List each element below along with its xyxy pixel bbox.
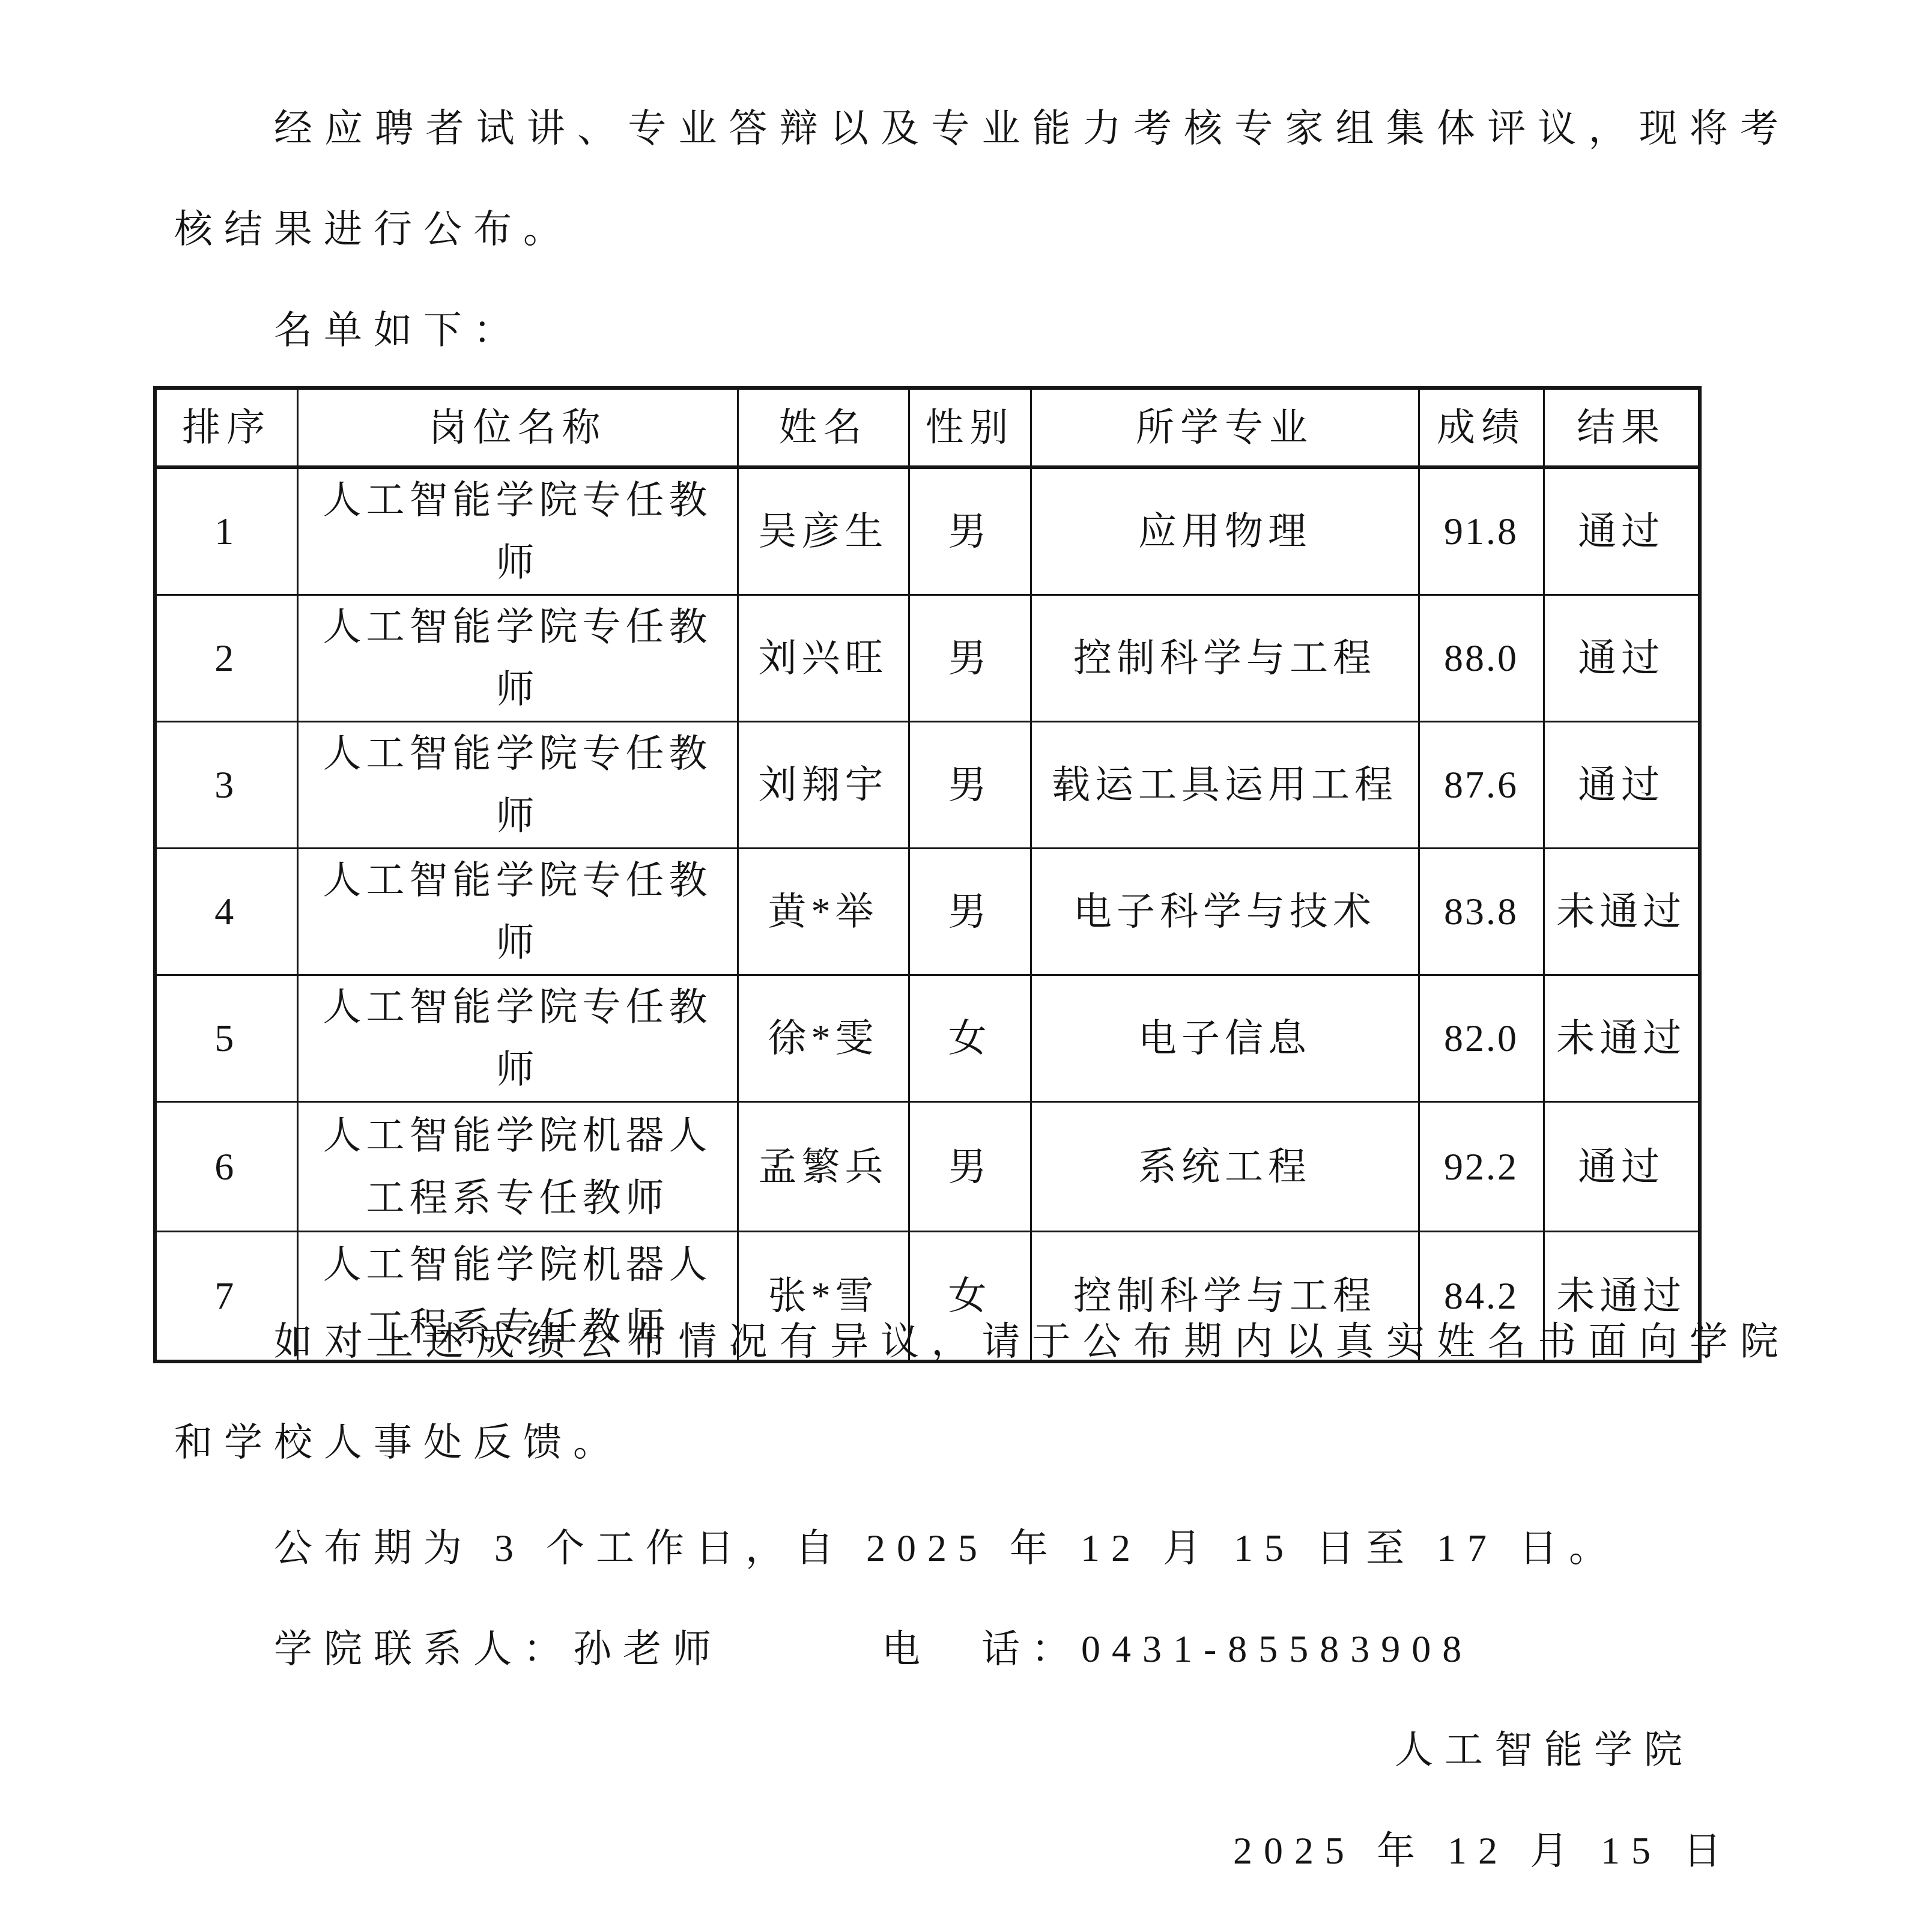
position-cell: 人工智能学院专任教师 xyxy=(297,595,738,722)
rank-cell: 3 xyxy=(155,722,297,849)
table-row: 6 人工智能学院机器人工程系专任教师 孟繁兵 男 系统工程 92.2 通过 xyxy=(155,1102,1700,1232)
name-cell: 刘翔宇 xyxy=(738,722,909,849)
contact-line: 学院联系人：孙老师电 话：0431-85583908 xyxy=(174,1599,1790,1700)
major-cell: 控制科学与工程 xyxy=(1031,595,1419,722)
name-cell: 刘兴旺 xyxy=(738,595,909,722)
name-cell: 徐*雯 xyxy=(738,975,909,1102)
column-header-rank: 排序 xyxy=(155,388,297,467)
major-cell: 电子信息 xyxy=(1031,975,1419,1102)
name-cell: 黄*举 xyxy=(738,849,909,975)
contact-phone: 电 话：0431-85583908 xyxy=(882,1628,1473,1670)
gender-cell: 女 xyxy=(909,975,1031,1102)
column-header-position: 岗位名称 xyxy=(297,388,738,467)
intro-paragraph: 经应聘者试讲、专业答辩以及专业能力考核专家组集体评议，现将考核结果进行公布。 xyxy=(174,78,1790,280)
gender-cell: 男 xyxy=(909,1102,1031,1232)
table-header-row: 排序 岗位名称 姓名 性别 所学专业 成绩 结果 xyxy=(155,388,1700,467)
result-cell: 通过 xyxy=(1544,722,1700,849)
position-cell: 人工智能学院专任教师 xyxy=(297,849,738,975)
rank-cell: 1 xyxy=(155,467,297,595)
gender-cell: 男 xyxy=(909,595,1031,722)
period-paragraph: 公布期为 3 个工作日，自 2025 年 12 月 15 日至 17 日。 xyxy=(174,1498,1790,1599)
list-intro: 名单如下： xyxy=(174,280,1790,381)
objection-paragraph: 如对上述成绩公布情况有异议，请于公布期内以真实姓名书面向学院和学校人事处反馈。 xyxy=(174,1291,1790,1493)
result-cell: 通过 xyxy=(1544,595,1700,722)
rank-cell: 6 xyxy=(155,1102,297,1232)
table-row: 1 人工智能学院专任教师 吴彦生 男 应用物理 91.8 通过 xyxy=(155,467,1700,595)
position-cell: 人工智能学院机器人工程系专任教师 xyxy=(297,1102,738,1232)
gender-cell: 男 xyxy=(909,722,1031,849)
name-cell: 吴彦生 xyxy=(738,467,909,595)
position-cell: 人工智能学院专任教师 xyxy=(297,975,738,1102)
score-cell: 87.6 xyxy=(1419,722,1544,849)
result-cell: 通过 xyxy=(1544,467,1700,595)
name-cell: 孟繁兵 xyxy=(738,1102,909,1232)
score-cell: 92.2 xyxy=(1419,1102,1544,1232)
column-header-name: 姓名 xyxy=(738,388,909,467)
score-cell: 88.0 xyxy=(1419,595,1544,722)
rank-cell: 4 xyxy=(155,849,297,975)
results-table: 排序 岗位名称 姓名 性别 所学专业 成绩 结果 1 人工智能学院专任教师 吴彦… xyxy=(153,386,1702,1363)
score-cell: 91.8 xyxy=(1419,467,1544,595)
score-cell: 83.8 xyxy=(1419,849,1544,975)
major-cell: 载运工具运用工程 xyxy=(1031,722,1419,849)
gender-cell: 男 xyxy=(909,849,1031,975)
position-cell: 人工智能学院专任教师 xyxy=(297,467,738,595)
result-cell: 未通过 xyxy=(1544,975,1700,1102)
contact-person: 学院联系人：孙老师 xyxy=(274,1628,723,1670)
table-row: 5 人工智能学院专任教师 徐*雯 女 电子信息 82.0 未通过 xyxy=(155,975,1700,1102)
column-header-major: 所学专业 xyxy=(1031,388,1419,467)
position-cell: 人工智能学院专任教师 xyxy=(297,722,738,849)
column-header-gender: 性别 xyxy=(909,388,1031,467)
major-cell: 系统工程 xyxy=(1031,1102,1419,1232)
major-cell: 电子科学与技术 xyxy=(1031,849,1419,975)
result-cell: 未通过 xyxy=(1544,849,1700,975)
column-header-score: 成绩 xyxy=(1419,388,1544,467)
table-row: 4 人工智能学院专任教师 黄*举 男 电子科学与技术 83.8 未通过 xyxy=(155,849,1700,975)
rank-cell: 2 xyxy=(155,595,297,722)
major-cell: 应用物理 xyxy=(1031,467,1419,595)
rank-cell: 5 xyxy=(155,975,297,1102)
table-row: 3 人工智能学院专任教师 刘翔宇 男 载运工具运用工程 87.6 通过 xyxy=(155,722,1700,849)
gender-cell: 男 xyxy=(909,467,1031,595)
document-page: 经应聘者试讲、专业答辩以及专业能力考核专家组集体评议，现将考核结果进行公布。 名… xyxy=(0,0,1907,1932)
signature-date: 2025 年 12 月 15 日 xyxy=(174,1800,1733,1901)
column-header-result: 结果 xyxy=(1544,388,1700,467)
score-cell: 82.0 xyxy=(1419,975,1544,1102)
result-cell: 通过 xyxy=(1544,1102,1700,1232)
table-row: 2 人工智能学院专任教师 刘兴旺 男 控制科学与工程 88.0 通过 xyxy=(155,595,1700,722)
signature-department: 人工智能学院 xyxy=(174,1700,1694,1800)
